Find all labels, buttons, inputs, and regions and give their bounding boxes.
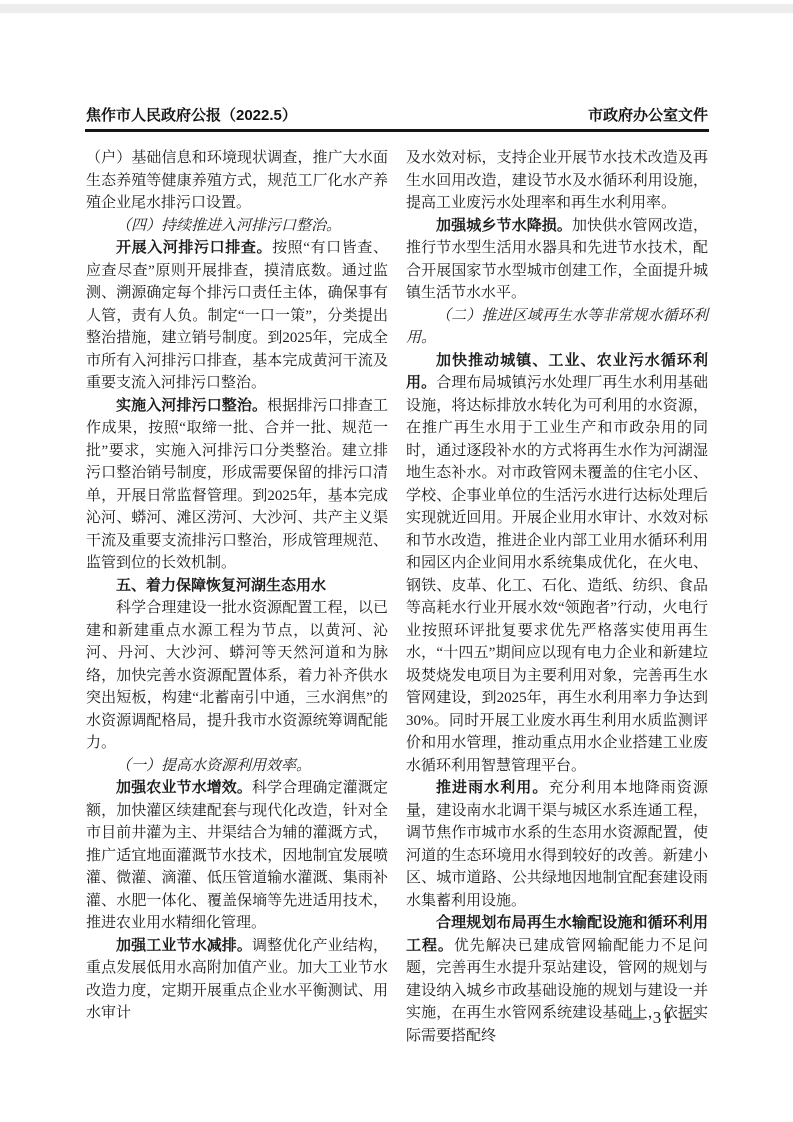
header-left-title: 焦作市人民政府公报（2022.5） [86,104,297,125]
para-left-subsection-4: （四）持续推进入河排污口整治。 [86,215,388,238]
document-body: （户）基础信息和环境现状调查，推广大水面生态养殖等健康养殖方式，规范工厂化水产养… [86,147,708,1047]
scan-edge-artifact [0,4,793,13]
para-text: 合理布局城镇污水处理厂再生水利用基础设施，将达标排放水转化为可利用的水资源，在推… [406,375,708,774]
para-lead: 推进雨水利用。 [436,779,548,796]
para-lead: 实施入河排污口整治。 [116,397,267,414]
section-heading-5: 五、着力保障恢复河湖生态用水 [86,575,388,598]
para-right-rainwater-use: 推进雨水利用。充分利用本地降雨资源量，建设南水北调干渠与城区水系连通工程，调节焦… [406,777,708,912]
para-lead: 加强城乡节水降损。 [436,217,572,234]
right-column: 及水效对标，支持企业开展节水技术改造及再生水回用改造，建设节水及水循环利用设施，… [406,147,708,1047]
para-right-urban-saving: 加强城乡节水降损。加快供水管网改造，推行节水型生活用水器具和先进节水技术，配合开… [406,215,708,305]
gazette-page: 焦作市人民政府公报（2022.5） 市政府办公室文件 （户）基础信息和环境现状调… [0,0,793,1122]
para-right-subsection-2: （二）推进区域再生水等非常规水循环利用。 [406,305,708,350]
para-text: 根据排污口排查工作成果，按照“取缔一批、合并一批、规范一批”要求，实施入河排污口… [86,398,388,572]
para-left-agriculture-saving: 加强农业节水增效。科学合理确定灌溉定额，加快灌区续建配套与现代化改造，针对全市目… [86,777,388,935]
para-left-subsection-1: （一）提高水资源利用效率。 [86,755,388,778]
para-left-continuation: （户）基础信息和环境现状调查，推广大水面生态养殖等健康养殖方式，规范工厂化水产养… [86,147,388,215]
page-header: 焦作市人民政府公报（2022.5） 市政府办公室文件 [86,104,708,125]
para-left-water-allocation: 科学合理建设一批水资源配置工程，以已建和新建重点水源工程为节点，以黄河、沁河、丹… [86,597,388,755]
para-text: 充分利用本地降雨资源量，建设南水北调干渠与城区水系连通工程，调节焦作市城市水系的… [406,780,708,909]
para-lead: 加强工业节水减排。 [116,937,252,954]
para-left-outfall-regulation: 实施入河排污口整治。根据排污口排查工作成果，按照“取缔一批、合并一批、规范一批”… [86,395,388,575]
header-right-title: 市政府办公室文件 [588,104,708,125]
para-right-wastewater-recycling: 加快推动城镇、工业、农业污水循环利用。合理布局城镇污水处理厂再生水利用基础设施，… [406,350,708,778]
left-column: （户）基础信息和环境现状调查，推广大水面生态养殖等健康养殖方式，规范工厂化水产养… [86,147,388,1047]
para-lead: 加强农业节水增效。 [116,779,252,796]
page-number: — 31 — [628,1008,700,1028]
para-text: 按照“有口皆查、应查尽查”原则开展排查，摸清底数。通过监测、溯源确定每个排污口责… [86,240,388,391]
para-text: 科学合理确定灌溉定额，加快灌区续建配套与现代化改造，针对全市目前井灌为主、井渠结… [86,780,388,931]
para-right-continuation: 及水效对标，支持企业开展节水技术改造及再生水回用改造，建设节水及水循环利用设施，… [406,147,708,215]
para-left-industry-saving: 加强工业节水减排。调整优化产业结构，重点发展低用水高附加值产业。加大工业节水改造… [86,935,388,1025]
para-left-outfall-survey: 开展入河排污口排查。按照“有口皆查、应查尽查”原则开展排查，摸清底数。通过监测、… [86,237,388,395]
header-rule [85,129,709,132]
para-lead: 开展入河排污口排查。 [116,239,272,256]
